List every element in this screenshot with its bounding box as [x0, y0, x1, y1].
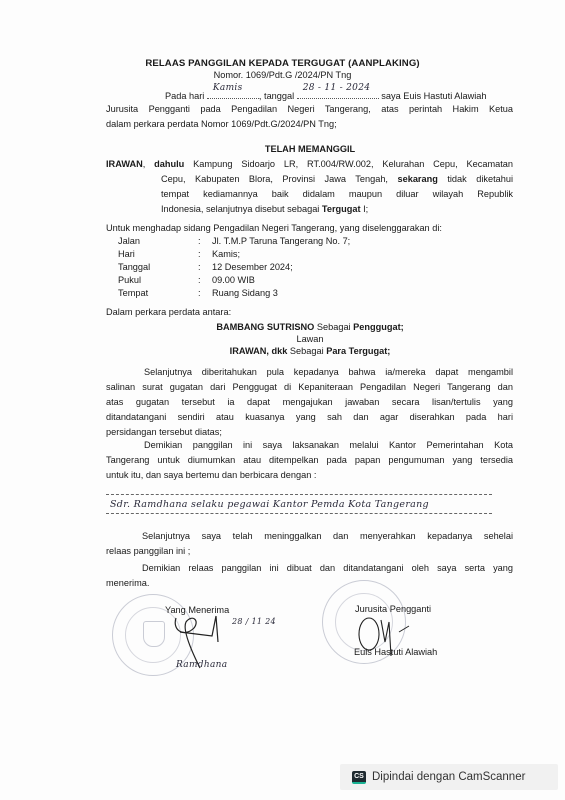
bailiff-name: Euis Hastuti Alawiah: [354, 646, 437, 658]
plaintiff-line: BAMBANG SUTRISNO Sebagai Penggugat;: [0, 321, 565, 333]
intro-line-2: Jurusita Pengganti pada Pengadilan Neger…: [106, 103, 513, 115]
document-number: Nomor. 1069/Pdt.G /2024/PN Tng: [0, 70, 565, 80]
dahulu-label: dahulu: [154, 159, 184, 169]
field-label: Tanggal: [118, 261, 198, 273]
receiver-sig-name: Ramdhana: [176, 660, 227, 670]
hearing-fields: Jalan:Jl. T.M.P Taruna Tangerang No. 7; …: [118, 235, 350, 300]
intro-line-3: dalam perkara perdata Nomor 1069/Pdt.G/2…: [106, 118, 337, 130]
plaintiff-role: Penggugat;: [353, 322, 404, 332]
hearing-field-jalan: Jalan:Jl. T.M.P Taruna Tangerang No. 7;: [118, 235, 350, 248]
field-label: Jalan: [118, 235, 198, 247]
plaintiff-as: Sebagai: [317, 322, 351, 332]
paragraph-line: Selanjutnya saya telah meninggalkan dan …: [106, 530, 513, 545]
dashed-line-bottom: [106, 513, 492, 514]
called-heading: TELAH MEMANGGIL: [0, 143, 565, 155]
hari-field: Kamis: [207, 88, 259, 99]
party-line-4b: I;: [363, 204, 368, 214]
party-line-2a: Cepu, Kabupaten Blora, Provinsi Jawa Ten…: [161, 174, 388, 184]
tanggal-handwritten: 28 - 11 - 2024: [303, 82, 371, 94]
intro-line-1: Pada hari Kamis , tanggal 28 - 11 - 2024…: [165, 88, 486, 102]
party-line-3: tempat kediamannya baik didalam maupun d…: [161, 188, 513, 200]
camscanner-label: Dipindai dengan CamScanner: [372, 771, 525, 783]
colon: :: [198, 261, 212, 273]
document-title: RELAAS PANGGILAN KEPADA TERGUGAT (AANPLA…: [0, 58, 565, 69]
paragraph-line: untuk itu, dan saya bertemu dan berbicar…: [106, 469, 513, 484]
hearing-intro: Untuk menghadap sidang Pengadilan Negeri…: [106, 222, 442, 234]
pada-hari-label: Pada hari: [165, 91, 204, 101]
party-line-4a: Indonesia, selanjutnya disebut sebagai: [161, 204, 319, 214]
hari-handwritten: Kamis: [213, 82, 243, 94]
sekarang-label: sekarang: [397, 174, 437, 184]
party-line-1: IRAWAN, dahulu Kampung Sidoarjo LR, RT.0…: [106, 158, 513, 170]
camscanner-watermark: CS Dipindai dengan CamScanner: [340, 764, 558, 790]
field-value: 09.00 WIB: [212, 275, 255, 285]
field-value: 12 Desember 2024;: [212, 262, 293, 272]
paragraph-line: salinan surat gugatan dari Penggugat di …: [106, 381, 513, 396]
paragraph-3: Selanjutnya saya telah meninggalkan dan …: [106, 530, 513, 560]
hearing-field-tempat: Tempat:Ruang Sidang 3: [118, 287, 350, 300]
paragraph-line: Demikian relaas panggilan ini dibuat dan…: [106, 562, 513, 577]
colon: :: [198, 287, 212, 299]
paragraph-line: relaas panggilan ini ;: [106, 545, 513, 560]
party-name: IRAWAN: [106, 159, 143, 169]
colon: :: [198, 248, 212, 260]
field-value: Ruang Sidang 3: [212, 288, 278, 298]
party-line-2b: tidak diketahui: [447, 174, 513, 184]
field-label: Pukul: [118, 274, 198, 286]
emblem-icon: [143, 621, 165, 647]
field-value: Jl. T.M.P Taruna Tangerang No. 7;: [212, 236, 350, 246]
defendant-as: Sebagai: [290, 346, 324, 356]
paragraph-line: Demikian panggilan ini saya laksanakan m…: [106, 439, 513, 454]
hearing-field-hari: Hari:Kamis;: [118, 248, 350, 261]
defendant-role: Para Tergugat;: [326, 346, 390, 356]
field-value: Kamis;: [212, 249, 240, 259]
receiver-sig-date: 28 / 11 24: [232, 617, 276, 627]
paragraph-4: Demikian relaas panggilan ini dibuat dan…: [106, 562, 513, 592]
paragraph-2: Demikian panggilan ini saya laksanakan m…: [106, 439, 513, 484]
field-label: Tempat: [118, 287, 198, 299]
versus-line: Lawan: [0, 333, 565, 345]
defendant-line: IRAWAN, dkk Sebagai Para Tergugat;: [0, 345, 565, 357]
party-role: Tergugat: [322, 204, 361, 214]
party-line-1-text: Kampung Sidoarjo LR, RT.004/RW.002, Kelu…: [193, 159, 513, 169]
field-label: Hari: [118, 248, 198, 260]
colon: :: [198, 274, 212, 286]
dashed-line-top: [106, 494, 492, 495]
case-intro: Dalam perkara perdata antara:: [106, 306, 231, 318]
paragraph-line: Tangerang untuk diumumkan atau ditempelk…: [106, 454, 513, 469]
hearing-field-pukul: Pukul:09.00 WIB: [118, 274, 350, 287]
defendant-name: IRAWAN, dkk: [230, 346, 288, 356]
party-line-2: Cepu, Kabupaten Blora, Provinsi Jawa Ten…: [161, 173, 513, 185]
camscanner-logo-icon: CS: [352, 771, 366, 784]
plaintiff-name: BAMBANG SUTRISNO: [216, 322, 314, 332]
hearing-field-tanggal: Tanggal:12 Desember 2024;: [118, 261, 350, 274]
paragraph-line: menerima.: [106, 577, 513, 592]
intro-line-1-rest: saya Euis Hastuti Alawiah: [381, 91, 486, 101]
paragraph-line: Selanjutnya diberitahukan pula kepadanya…: [106, 366, 513, 381]
scanned-document-page: RELAAS PANGGILAN KEPADA TERGUGAT (AANPLA…: [0, 0, 565, 800]
party-line-4: Indonesia, selanjutnya disebut sebagai T…: [161, 203, 368, 215]
tanggal-field: 28 - 11 - 2024: [297, 88, 379, 99]
paragraph-line: atas gugatan tersebut ia dapat mengajuka…: [106, 396, 513, 411]
colon: :: [198, 235, 212, 247]
tanggal-label: , tanggal: [259, 91, 294, 101]
paragraph-1: Selanjutnya diberitahukan pula kepadanya…: [106, 366, 513, 441]
paragraph-line: ditandatangani sendiri atau kuasanya yan…: [106, 411, 513, 426]
met-with-handwritten: Sdr. Ramdhana selaku pegawai Kantor Pemd…: [110, 499, 429, 510]
